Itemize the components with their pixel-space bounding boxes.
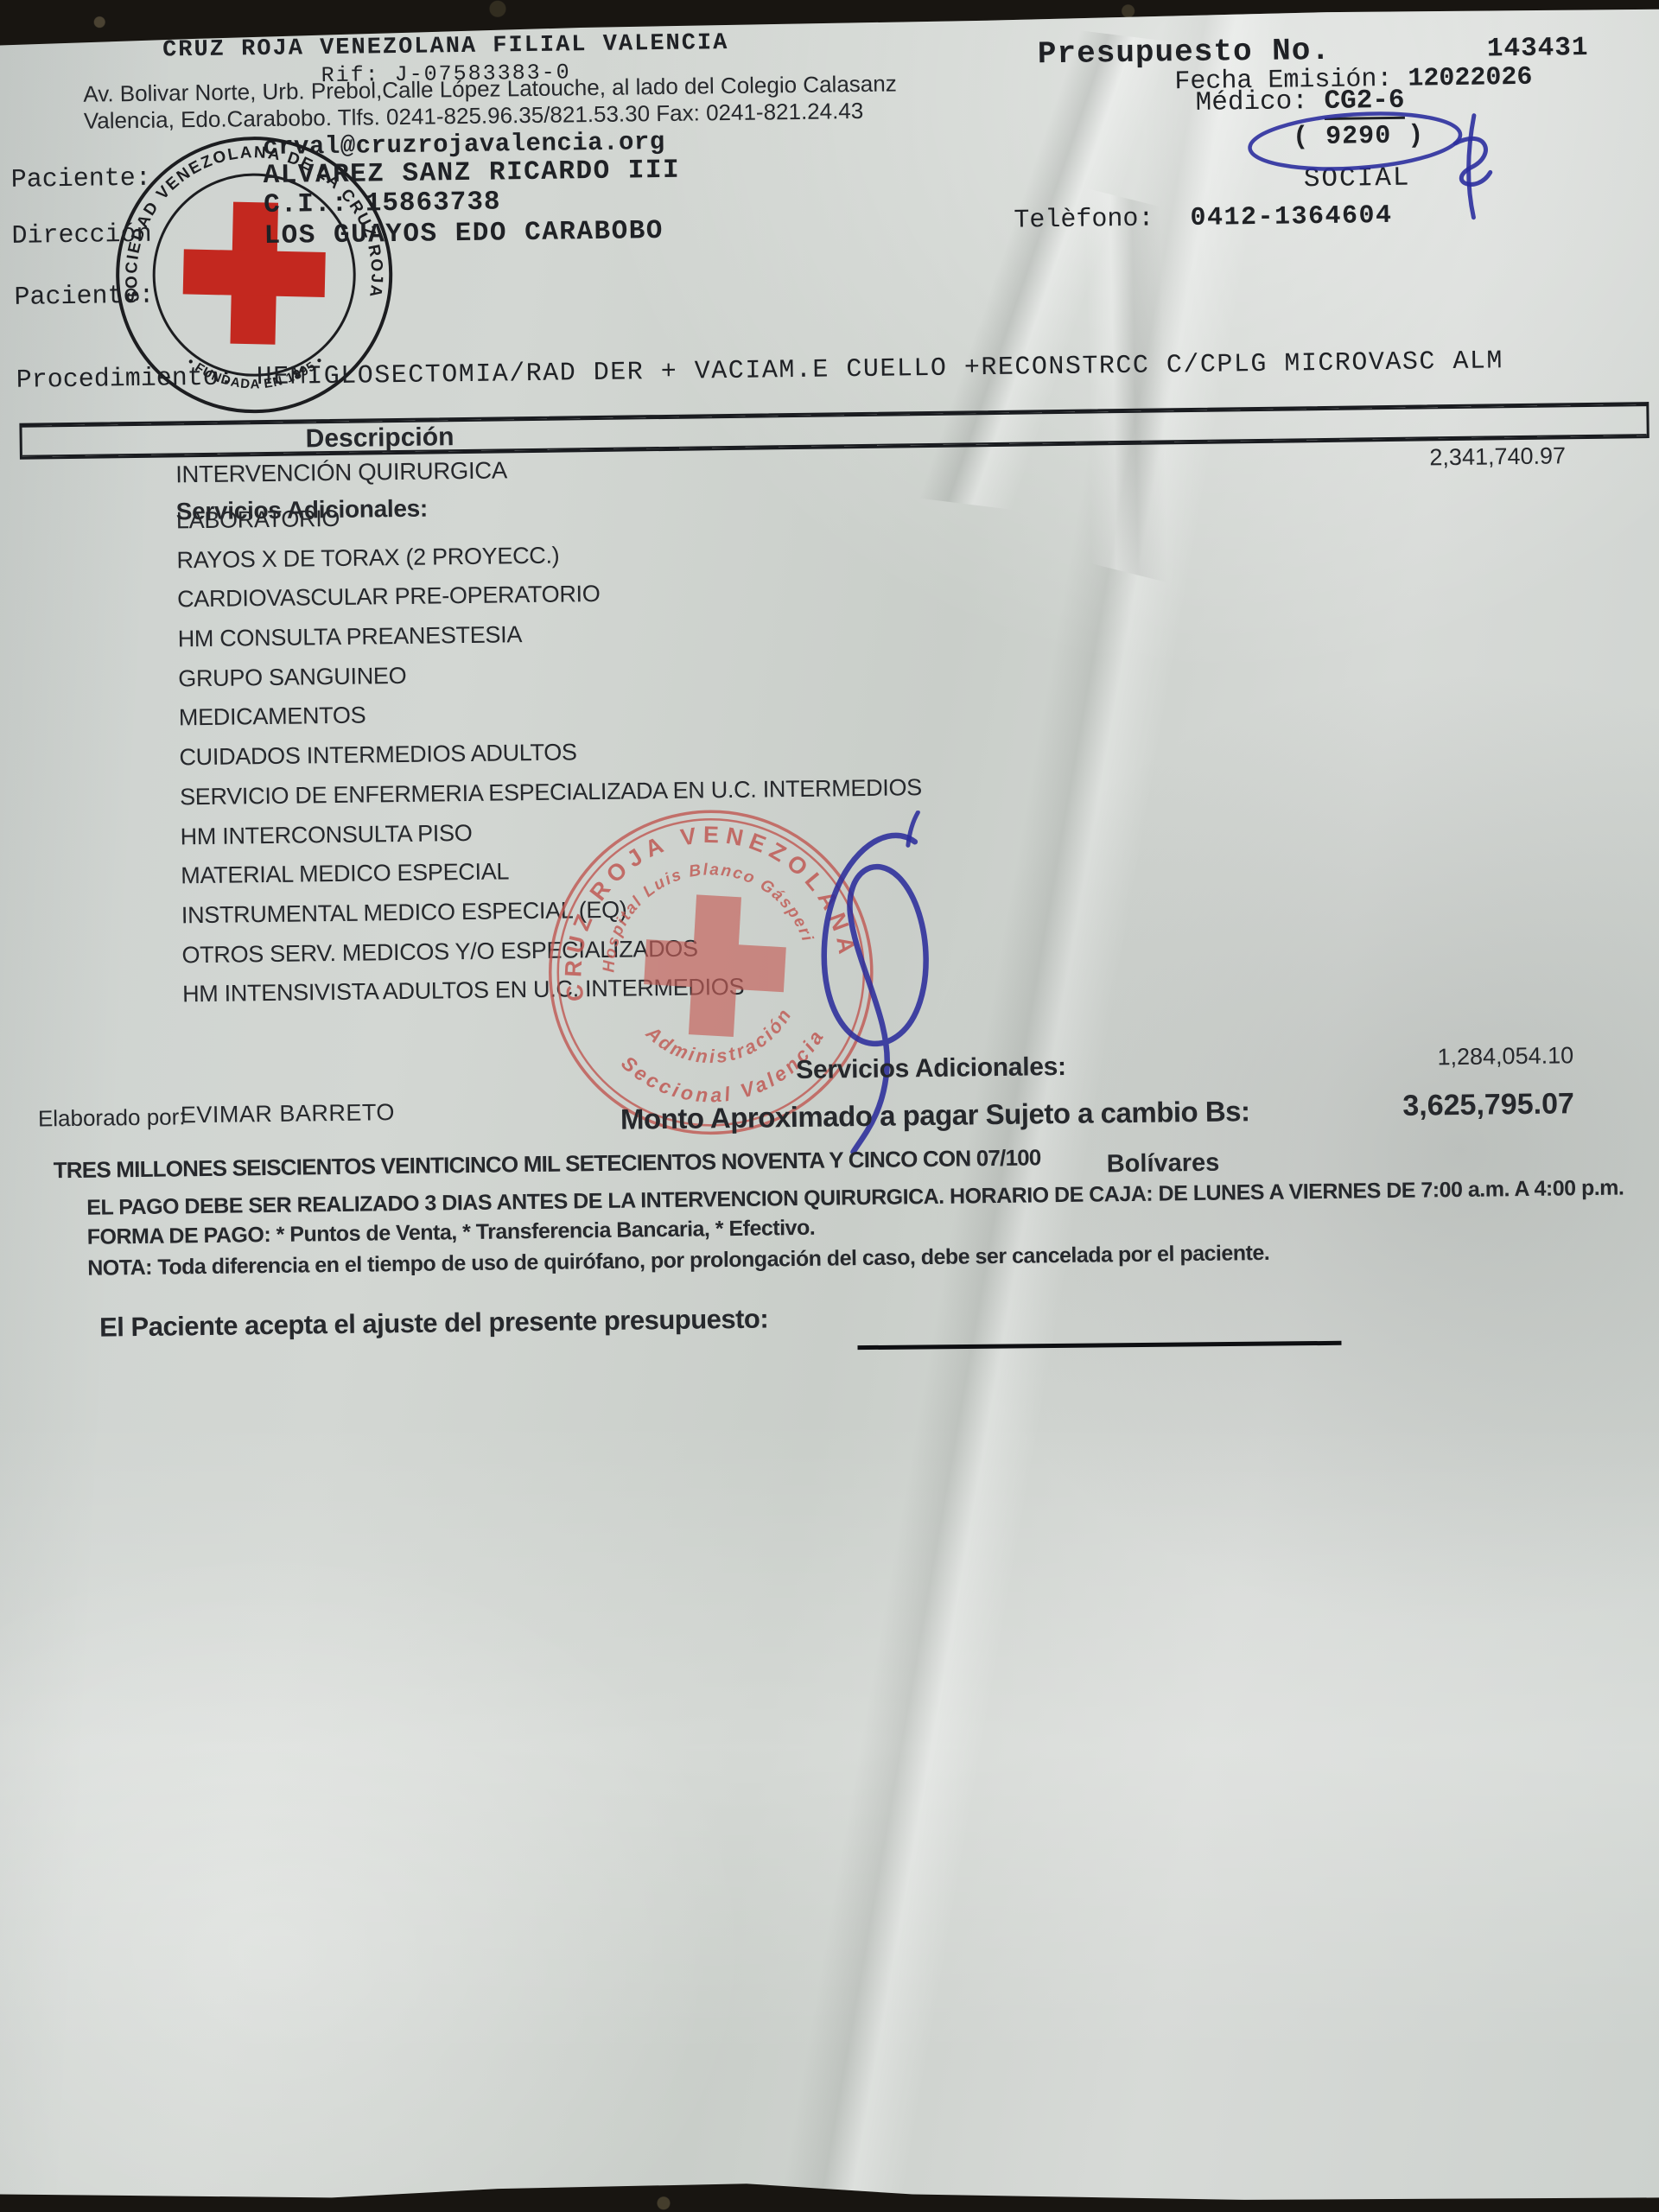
prepared-by-label: Elaborado por: (38, 1103, 186, 1132)
phone-label: Telèfono: (1014, 205, 1154, 236)
amount-in-words: TRES MILLONES SEISCIENTOS VEINTICINCO MI… (54, 1144, 1041, 1184)
additional-total-label: Servicios Adicionales: (796, 1052, 1066, 1085)
currency-label: Bolívares (1107, 1149, 1220, 1179)
procedure-label: Procedimiento: (16, 363, 234, 395)
patient-id: 15863738 (365, 187, 501, 219)
patient-id-row: C.I.: 15863738 (264, 187, 501, 220)
acceptance-statement: El Paciente acepta el ajuste del present… (99, 1303, 769, 1343)
phone-number: 0412-1364604 (1190, 201, 1392, 233)
patient-address: LOS GUAYOS EDO CARABOBO (264, 216, 664, 251)
patient-second-label: Paciente: (14, 282, 154, 313)
patient-label: Paciente: (11, 164, 151, 195)
surgery-item-amount: 2,341,740.97 (1402, 442, 1566, 471)
budget-number: 143431 (1487, 33, 1589, 65)
pen-circle-mark (1243, 105, 1470, 178)
payment-methods-note: FORMA DE PAGO: * Puntos de Venta, * Tran… (87, 1216, 816, 1250)
prepared-by-name: EVIMAR BARRETO (181, 1099, 395, 1128)
patient-address-label: Dirección (11, 220, 151, 251)
pen-flourish-mark (1441, 110, 1505, 225)
total-amount: 3,625,795.07 (1395, 1087, 1574, 1123)
phone-row: Telèfono: 0412-1364604 (1014, 201, 1393, 236)
patient-signature-line (857, 1341, 1341, 1350)
paper-sheet: CRUZ ROJA VENEZOLANA FILIAL VALENCIA Rif… (0, 0, 1659, 2212)
additional-total-amount: 1,284,054.10 (1414, 1042, 1573, 1071)
patient-id-label: C.I.: (264, 189, 348, 220)
document-content: CRUZ ROJA VENEZOLANA FILIAL VALENCIA Rif… (0, 0, 1659, 2212)
procedure-value: HEMIGLOSECTOMIA/RAD DER + VACIAM.E CUELL… (257, 346, 1504, 392)
surgery-item-label: INTERVENCIÓN QUIRURGICA (175, 456, 507, 488)
total-label: Monto Aproximado a pagar Sujeto a cambio… (620, 1095, 1250, 1136)
issue-date: 12022026 (1408, 63, 1532, 94)
photo-of-budget-document: CRUZ ROJA VENEZOLANA FILIAL VALENCIA Rif… (0, 0, 1659, 2212)
patient-name: ALVAREZ SANZ RICARDO III (263, 156, 680, 191)
description-header: Descripción (305, 423, 454, 454)
payment-note: EL PAGO DEBE SER REALIZADO 3 DIAS ANTES … (86, 1176, 1624, 1221)
